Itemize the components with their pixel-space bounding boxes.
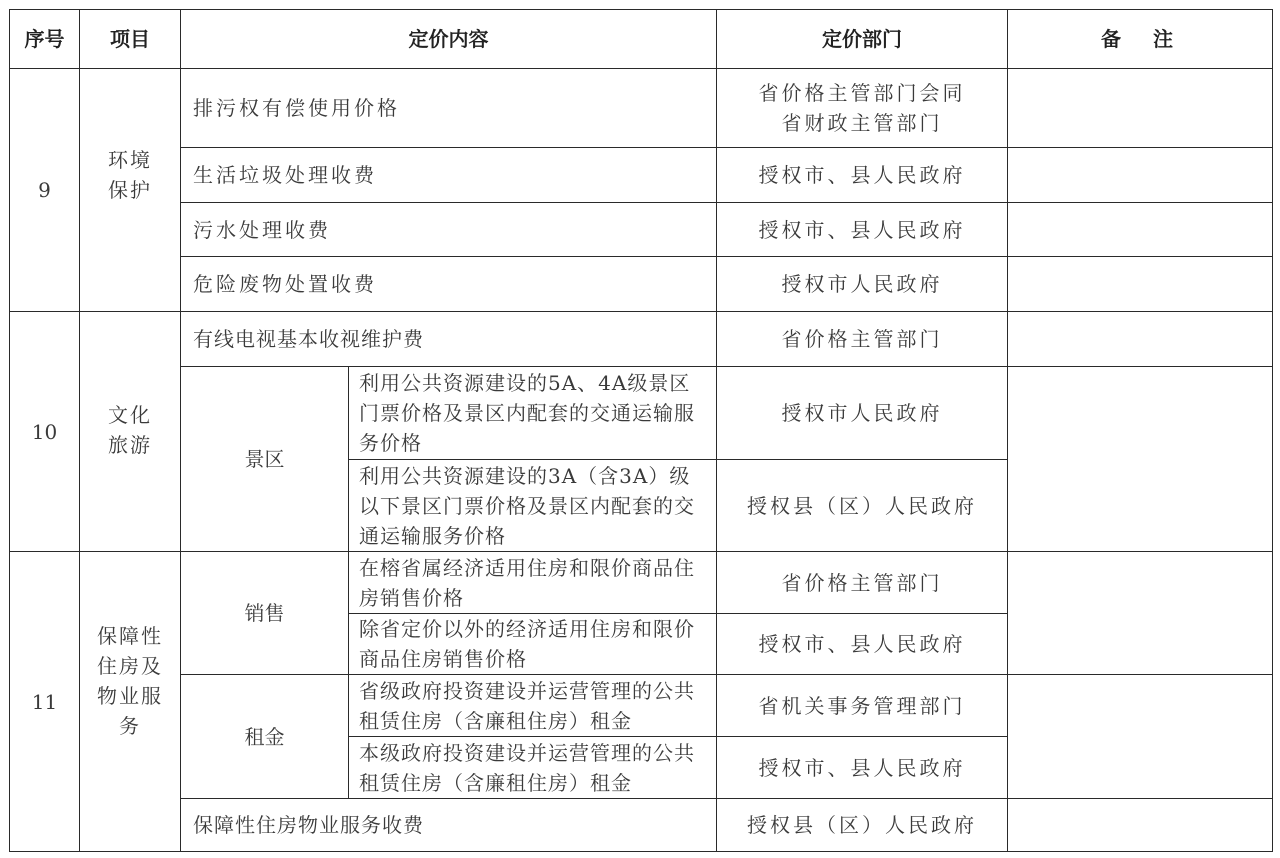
- item-cell: 保障性 住房及 物业服 务: [80, 552, 181, 852]
- remark-cell: [1008, 552, 1273, 675]
- header-dept: 定价部门: [717, 10, 1008, 69]
- seq-cell: 9: [10, 69, 80, 312]
- content-cell: 危险废物处置收费: [181, 257, 717, 312]
- dept-cell: 省价格主管部门会同 省财政主管部门: [717, 69, 1008, 148]
- remark-cell: [1008, 367, 1273, 552]
- item-label: 文化 旅游: [108, 400, 152, 460]
- remark-cell: [1008, 203, 1273, 257]
- table-row: 10 文化 旅游 有线电视基本收视维护费 省价格主管部门: [10, 312, 1273, 367]
- dept-cell: 授权市、县人民政府: [717, 614, 1008, 675]
- item-label: 环境 保护: [108, 145, 152, 205]
- table-row: 保障性住房物业服务收费 授权县（区）人民政府: [10, 799, 1273, 852]
- header-content: 定价内容: [181, 10, 717, 69]
- remark-cell: [1008, 257, 1273, 312]
- dept-cell: 省价格主管部门: [717, 312, 1008, 367]
- remark-cell: [1008, 675, 1273, 799]
- dept-cell: 授权市、县人民政府: [717, 148, 1008, 203]
- subcategory-cell: 租金: [181, 675, 349, 799]
- header-item: 项目: [80, 10, 181, 69]
- pricing-table: 序号 项目 定价内容 定价部门 备 注 9 环境 保护 排污权有偿使用价格 省价…: [9, 9, 1273, 852]
- item-cell: 环境 保护: [80, 69, 181, 312]
- table-row: 11 保障性 住房及 物业服 务 销售 在榕省属经济适用住房和限价商品住房销售价…: [10, 552, 1273, 614]
- table-row: 生活垃圾处理收费 授权市、县人民政府: [10, 148, 1273, 203]
- remark-cell: [1008, 69, 1273, 148]
- header-seq: 序号: [10, 10, 80, 69]
- remark-cell: [1008, 148, 1273, 203]
- dept-cell: 授权县（区）人民政府: [717, 799, 1008, 852]
- dept-cell: 授权县（区）人民政府: [717, 460, 1008, 552]
- content-cell: 省级政府投资建设并运营管理的公共租赁住房（含廉租住房）租金: [349, 675, 717, 737]
- item-cell: 文化 旅游: [80, 312, 181, 552]
- content-cell: 排污权有偿使用价格: [181, 69, 717, 148]
- dept-cell: 授权市人民政府: [717, 367, 1008, 460]
- content-cell: 本级政府投资建设并运营管理的公共租赁住房（含廉租住房）租金: [349, 737, 717, 799]
- content-cell: 污水处理收费: [181, 203, 717, 257]
- table-row: 污水处理收费 授权市、县人民政府: [10, 203, 1273, 257]
- dept-cell: 省价格主管部门: [717, 552, 1008, 614]
- remark-cell: [1008, 312, 1273, 367]
- item-label: 保障性 住房及 物业服 务: [97, 621, 163, 741]
- content-cell: 除省定价以外的经济适用住房和限价商品住房销售价格: [349, 614, 717, 675]
- content-cell: 在榕省属经济适用住房和限价商品住房销售价格: [349, 552, 717, 614]
- header-remark: 备 注: [1008, 10, 1273, 69]
- header-row: 序号 项目 定价内容 定价部门 备 注: [10, 10, 1273, 69]
- content-cell: 有线电视基本收视维护费: [181, 312, 717, 367]
- content-cell: 利用公共资源建设的5A、4A级景区门票价格及景区内配套的交通运输服务价格: [349, 367, 717, 460]
- content-cell: 利用公共资源建设的3A（含3A）级以下景区门票价格及景区内配套的交通运输服务价格: [349, 460, 717, 552]
- content-cell: 生活垃圾处理收费: [181, 148, 717, 203]
- table-row: 危险废物处置收费 授权市人民政府: [10, 257, 1273, 312]
- subcategory-cell: 销售: [181, 552, 349, 675]
- remark-cell: [1008, 799, 1273, 852]
- dept-cell: 授权市人民政府: [717, 257, 1008, 312]
- table-row: 景区 利用公共资源建设的5A、4A级景区门票价格及景区内配套的交通运输服务价格 …: [10, 367, 1273, 460]
- dept-cell: 授权市、县人民政府: [717, 737, 1008, 799]
- table-row: 租金 省级政府投资建设并运营管理的公共租赁住房（含廉租住房）租金 省机关事务管理…: [10, 675, 1273, 737]
- seq-cell: 11: [10, 552, 80, 852]
- content-cell: 保障性住房物业服务收费: [181, 799, 717, 852]
- dept-cell: 授权市、县人民政府: [717, 203, 1008, 257]
- subcategory-cell: 景区: [181, 367, 349, 552]
- table-row: 9 环境 保护 排污权有偿使用价格 省价格主管部门会同 省财政主管部门: [10, 69, 1273, 148]
- dept-cell: 省机关事务管理部门: [717, 675, 1008, 737]
- seq-cell: 10: [10, 312, 80, 552]
